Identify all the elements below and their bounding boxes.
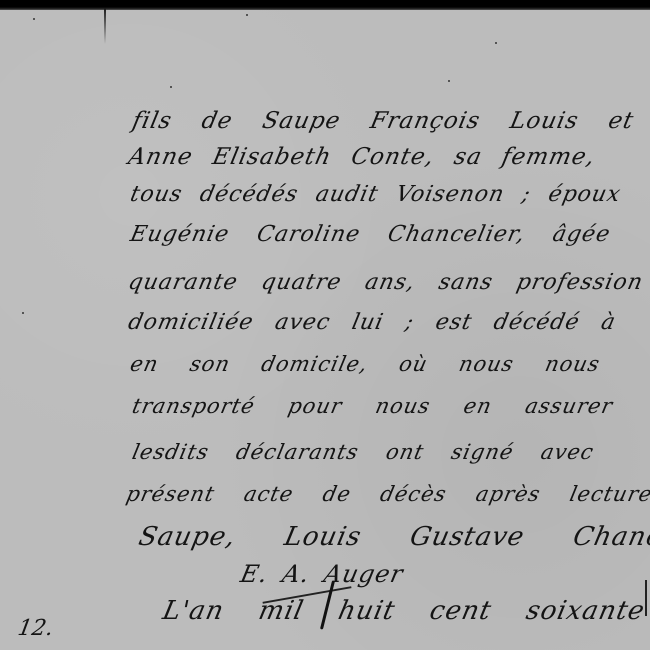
record-line-2: Anne Elisabeth Conte, sa femme, — [126, 144, 598, 170]
signature-line-1: Saupe, Louis Gustave Chancelier — [136, 522, 650, 552]
record-line-7: en son domicile, où nous nous — [128, 352, 603, 376]
edge-mark — [645, 580, 647, 616]
record-line-3: tous décédés audit Voisenon ; époux — [128, 182, 623, 207]
ink-speck — [170, 86, 172, 88]
signature-line-2: E. A. Auger — [238, 560, 406, 588]
record-line-6: domiciliée avec lui ; est décédé à — [126, 310, 618, 335]
ink-speck — [448, 80, 450, 82]
paper-crease — [104, 8, 106, 44]
ink-speck — [22, 312, 24, 314]
scanned-document-page: fils de Saupe François Louis et de Anne … — [0, 0, 650, 650]
scan-top-border — [0, 0, 650, 10]
ink-speck — [495, 42, 497, 44]
margin-entry-number: 12. — [16, 616, 55, 641]
record-line-1: fils de Saupe François Louis et de — [130, 108, 650, 134]
record-line-8: transporté pour nous en assurer — [130, 394, 615, 418]
record-line-9: lesdits déclarants ont signé avec — [130, 440, 596, 464]
record-line-4: Eugénie Caroline Chancelier, âgée — [128, 222, 613, 247]
ink-speck — [246, 14, 248, 16]
record-line-5: quarante quatre ans, sans profession — [126, 270, 646, 295]
next-entry-heading: L'an mil huit cent soixante — [160, 596, 648, 626]
record-line-10: présent acte de décès après lecture — [124, 482, 650, 506]
ink-speck — [33, 18, 35, 20]
